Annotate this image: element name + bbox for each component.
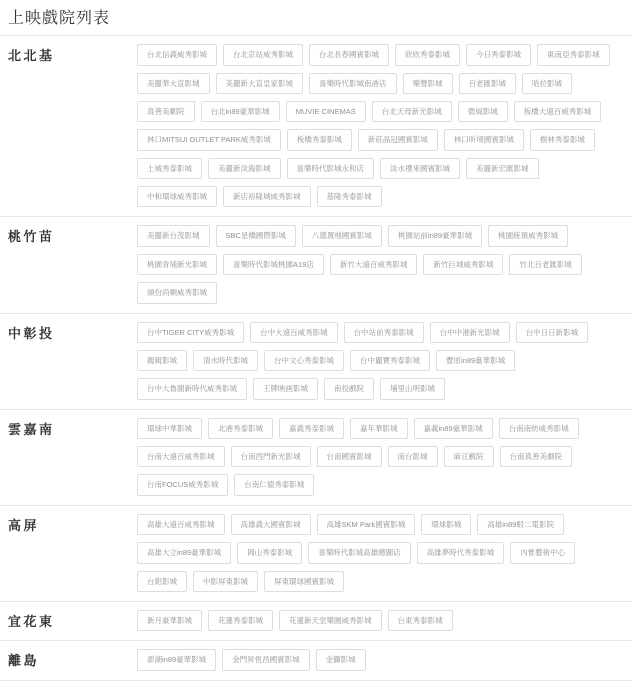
theater-button[interactable]: MUVIE CINEMAS	[286, 101, 366, 122]
theater-button[interactable]: 百老匯影城	[459, 73, 517, 94]
theater-button[interactable]: 新竹大遠百威秀影城	[330, 254, 418, 275]
theater-button[interactable]: 金門昇恆昌國賓影城	[222, 649, 310, 670]
theater-button[interactable]: 板橋秀泰影城	[287, 129, 352, 150]
theater-button[interactable]: 台中大魯閣新時代威秀影城	[137, 378, 247, 399]
theater-button[interactable]: 喜樂時代影城南港店	[309, 73, 397, 94]
theater-button[interactable]: 花蓮秀泰影城	[208, 610, 273, 631]
theater-button[interactable]: 高雄夢時代秀泰影城	[417, 542, 505, 563]
theater-button[interactable]: 竹北百老匯影城	[509, 254, 582, 275]
region-label: 離島	[8, 649, 137, 669]
regions-container: 北北基台北信義威秀影城台北京站威秀影城台北長春國賓影城欣欣秀泰影城今日秀泰影城東…	[0, 36, 632, 681]
theater-button[interactable]: 八德置地國賓影城	[302, 225, 382, 246]
theater-button[interactable]: 嘉義in89豪華影城	[414, 418, 493, 439]
theater-button[interactable]: 台南真善美劇院	[500, 446, 573, 467]
region-section: 雲嘉南環球中華影城北港秀泰影城嘉義秀泰影城嘉年華影城嘉義in89豪華影城台南南紡…	[0, 410, 632, 506]
theater-button[interactable]: 美麗新宏匯影城	[466, 158, 539, 179]
theater-button[interactable]: 林口MITSUI OUTLET PARK威秀影城	[137, 129, 281, 150]
theater-button[interactable]: 台南FOCUS威秀影城	[137, 474, 228, 495]
theater-button[interactable]: 高雄義大國賓影城	[231, 514, 311, 535]
theater-list: 環球中華影城北港秀泰影城嘉義秀泰影城嘉年華影城嘉義in89豪華影城台南南紡威秀影…	[137, 418, 624, 503]
theater-button[interactable]: 台中日日新影城	[516, 322, 589, 343]
theater-button[interactable]: 新月豪華影城	[137, 610, 202, 631]
theater-button[interactable]: 豐原in89豪華影城	[436, 350, 515, 371]
region-section: 離島澎湖in89豪華影城金門昇恆昌國賓影城金獅影城	[0, 641, 632, 680]
theater-button[interactable]: 台北天母新光影城	[372, 101, 452, 122]
theater-button[interactable]: 台中中港新光影城	[430, 322, 510, 343]
region-section: 桃竹苗美麗新台茂影城SBC星橋國際影城八德置地國賓影城桃園站前in89豪華影城桃…	[0, 217, 632, 313]
theater-button[interactable]: 屏東環球國賓影城	[264, 571, 344, 592]
theater-list: 台中TIGER CITY威秀影城台中大遠百威秀影城台中站前秀泰影城台中中港新光影…	[137, 322, 624, 407]
theater-list: 台北信義威秀影城台北京站威秀影城台北長春國賓影城欣欣秀泰影城今日秀泰影城東南亞秀…	[137, 44, 624, 214]
region-section: 高屏高雄大遠百威秀影城高雄義大國賓影城高雄SKM Park國賓影城環球影城高雄i…	[0, 506, 632, 602]
theater-button[interactable]: 基隆秀泰影城	[317, 186, 382, 207]
region-label: 桃竹苗	[8, 225, 137, 245]
region-label: 中彰投	[8, 322, 137, 342]
theater-button[interactable]: 中影屏東影城	[193, 571, 258, 592]
theater-button[interactable]: 台中麗寶秀泰影城	[350, 350, 430, 371]
theater-button[interactable]: 林口昕境國賓影城	[444, 129, 524, 150]
theater-button[interactable]: 喜樂時代影城桃園A19店	[223, 254, 324, 275]
theater-button[interactable]: 東南亞秀泰影城	[537, 44, 610, 65]
region-label: 北北基	[8, 44, 137, 64]
theater-button[interactable]: 喜樂時代影城永和店	[287, 158, 375, 179]
theater-list: 澎湖in89豪華影城金門昇恆昌國賓影城金獅影城	[137, 649, 624, 677]
theater-button[interactable]: 美麗新大直皇家影城	[216, 73, 304, 94]
theater-list: 美麗新台茂影城SBC星橋國際影城八德置地國賓影城桃園站前in89豪華影城桃園統領…	[137, 225, 624, 310]
theater-button[interactable]: 台北長春國賓影城	[309, 44, 389, 65]
theater-button[interactable]: 樂聲影城	[403, 73, 453, 94]
theater-button[interactable]: 嘉年華影城	[350, 418, 408, 439]
region-label: 宜花東	[8, 610, 137, 630]
theater-button[interactable]: 板橋大遠百威秀影城	[514, 101, 602, 122]
theater-button[interactable]: 美麗新台茂影城	[137, 225, 210, 246]
theater-list-page: 上映戲院列表 北北基台北信義威秀影城台北京站威秀影城台北長春國賓影城欣欣秀泰影城…	[0, 0, 632, 681]
region-label: 雲嘉南	[8, 418, 137, 438]
theater-button[interactable]: 南台影城	[388, 446, 438, 467]
theater-button[interactable]: 高雄大立in89豪華影城	[137, 542, 231, 563]
region-section: 北北基台北信義威秀影城台北京站威秀影城台北長春國賓影城欣欣秀泰影城今日秀泰影城東…	[0, 36, 632, 217]
theater-button[interactable]: 埔里山明影城	[380, 378, 445, 399]
theater-button[interactable]: 花蓮新天堂樂園威秀影城	[279, 610, 382, 631]
theater-button[interactable]: 新莊晶冠國賓影城	[358, 129, 438, 150]
region-section: 宜花東新月豪華影城花蓮秀泰影城花蓮新天堂樂園威秀影城台東秀泰影城	[0, 602, 632, 641]
theater-button[interactable]: 今日秀泰影城	[466, 44, 531, 65]
theater-button[interactable]: 金獅影城	[316, 649, 366, 670]
theater-button[interactable]: 澎湖in89豪華影城	[137, 649, 216, 670]
theater-button[interactable]: 台東秀泰影城	[388, 610, 453, 631]
theater-button[interactable]: 台北信義威秀影城	[137, 44, 217, 65]
theater-button[interactable]: 台南南紡威秀影城	[499, 418, 579, 439]
theater-button[interactable]: 桃園統領威秀影城	[488, 225, 568, 246]
theater-button[interactable]: 台南大遠百威秀影城	[137, 446, 225, 467]
theater-button[interactable]: 王牌映画影城	[253, 378, 318, 399]
theater-list: 新月豪華影城花蓮秀泰影城花蓮新天堂樂園威秀影城台東秀泰影城	[137, 610, 624, 638]
theater-button[interactable]: 台南仁德秀泰影城	[234, 474, 314, 495]
theater-button[interactable]: 頭份尚順威秀影城	[137, 282, 217, 303]
theater-button[interactable]: 台鋁影城	[137, 571, 187, 592]
theater-button[interactable]: 清水時代影城	[193, 350, 258, 371]
theater-button[interactable]: 新店裕隆城威秀影城	[223, 186, 311, 207]
theater-button[interactable]: 高雄大遠百威秀影城	[137, 514, 225, 535]
theater-list: 高雄大遠百威秀影城高雄義大國賓影城高雄SKM Park國賓影城環球影城高雄in8…	[137, 514, 624, 599]
page-header: 上映戲院列表	[0, 0, 632, 36]
theater-button[interactable]: 台南西門新光影城	[231, 446, 311, 467]
theater-button[interactable]: 台南國賓影城	[317, 446, 382, 467]
theater-button[interactable]: 台中大遠百威秀影城	[250, 322, 338, 343]
theater-button[interactable]: 南投戲院	[324, 378, 374, 399]
theater-button[interactable]: 環球中華影城	[137, 418, 202, 439]
theater-button[interactable]: 環球影城	[421, 514, 471, 535]
theater-button[interactable]: 岡山秀泰影城	[237, 542, 302, 563]
theater-button[interactable]: 土城秀泰影城	[137, 158, 202, 179]
theater-button[interactable]: 台北in89豪華影城	[201, 101, 280, 122]
theater-button[interactable]: 喜樂時代影城高雄總圖店	[308, 542, 411, 563]
theater-button[interactable]: 真善美劇院	[137, 101, 195, 122]
theater-button[interactable]: 北港秀泰影城	[208, 418, 273, 439]
theater-button[interactable]: 淡水禮來國賓影城	[380, 158, 460, 179]
theater-button[interactable]: 台北京站威秀影城	[223, 44, 303, 65]
theater-button[interactable]: 微風影城	[458, 101, 508, 122]
theater-button[interactable]: 台中文心秀泰影城	[264, 350, 344, 371]
theater-button[interactable]: 嘉義秀泰影城	[279, 418, 344, 439]
theater-button[interactable]: 美麗新淡海影城	[208, 158, 281, 179]
theater-button[interactable]: SBC星橋國際影城	[216, 225, 296, 246]
theater-button[interactable]: 哈拉影城	[522, 73, 572, 94]
page-title: 上映戲院列表	[8, 9, 624, 28]
theater-button[interactable]: 高雄in89駁二電影院	[477, 514, 564, 535]
theater-button[interactable]: 內惟藝術中心	[510, 542, 575, 563]
theater-button[interactable]: 桃園青埔新光影城	[137, 254, 217, 275]
region-section: 中彰投台中TIGER CITY威秀影城台中大遠百威秀影城台中站前秀泰影城台中中港…	[0, 314, 632, 410]
theater-button[interactable]: 親親影城	[137, 350, 187, 371]
theater-button[interactable]: 欣欣秀泰影城	[395, 44, 460, 65]
theater-button[interactable]: 中和環球威秀影城	[137, 186, 217, 207]
theater-button[interactable]: 桃園站前in89豪華影城	[388, 225, 482, 246]
theater-button[interactable]: 台中TIGER CITY威秀影城	[137, 322, 244, 343]
theater-button[interactable]: 高雄SKM Park國賓影城	[317, 514, 416, 535]
region-label: 高屏	[8, 514, 137, 534]
theater-button[interactable]: 台中站前秀泰影城	[344, 322, 424, 343]
theater-button[interactable]: 麻豆戲院	[444, 446, 494, 467]
theater-button[interactable]: 樹林秀泰影城	[530, 129, 595, 150]
theater-button[interactable]: 美麗華大直影城	[137, 73, 210, 94]
theater-button[interactable]: 新竹巨城威秀影城	[423, 254, 503, 275]
